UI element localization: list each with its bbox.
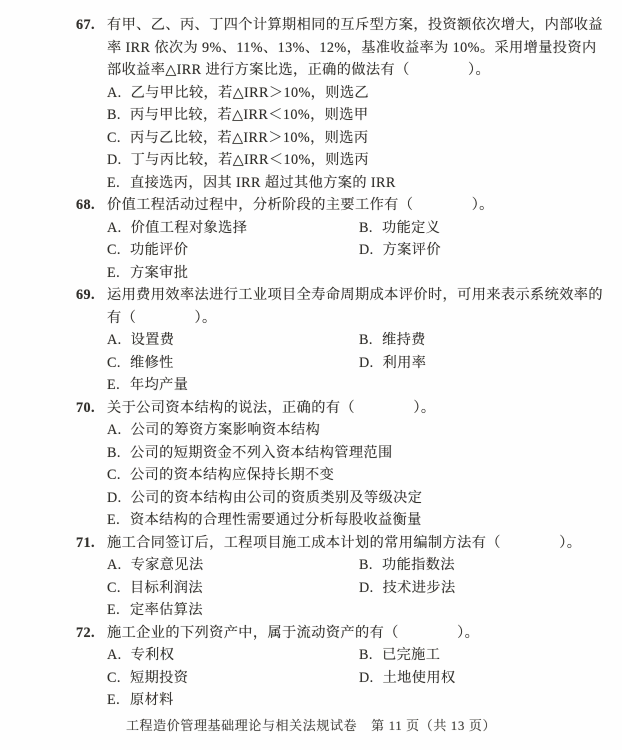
option-label: A. [107,329,122,352]
option-label: C. [107,352,121,375]
question-stem: 价值工程活动过程中，分析阶段的主要工作有（ ）。 [107,194,604,217]
answer-option: A.设置费 [107,329,359,352]
answer-option: D.土地使用权 [359,667,604,690]
option-label: D. [359,667,374,690]
option-list: A.设置费 B.维持费 C.维修性 D.利用率 E.年均产量 [107,329,604,397]
option-text: 功能评价 [130,242,188,258]
option-label: B. [359,554,373,577]
option-label: C. [107,464,121,487]
question-list: 67. 有甲、乙、丙、丁四个计算期相同的互斥型方案，投资额依次增大，内部收益率 … [76,14,604,712]
answer-option: C.功能评价 [107,239,359,262]
option-label: E. [107,509,121,532]
option-text: 丁与丙比较，若△IRR＜10%，则选丙 [131,152,369,168]
option-label: D. [359,577,374,600]
question-stem: 施工企业的下列资产中，属于流动资产的有（ ）。 [107,622,604,645]
option-text: 设置费 [131,332,175,348]
option-text: 公司的资本结构由公司的资质类别及等级决定 [131,490,423,506]
option-label: A. [107,554,122,577]
answer-option: D.公司的资本结构由公司的资质类别及等级决定 [107,487,604,510]
answer-option: B.已完施工 [359,644,604,667]
question: 68. 价值工程活动过程中，分析阶段的主要工作有（ ）。 A.价值工程对象选择 … [76,194,604,284]
answer-option: C.短期投资 [107,667,359,690]
question: 72. 施工企业的下列资产中，属于流动资产的有（ ）。 A.专利权 B.已完施工… [76,622,604,712]
option-label: D. [359,352,374,375]
question-stem-row: 72. 施工企业的下列资产中，属于流动资产的有（ ）。 [76,622,604,645]
option-text: 短期投资 [130,670,188,686]
option-list: A.专利权 B.已完施工 C.短期投资 D.土地使用权 E.原材料 [107,644,604,712]
answer-option: C.目标利润法 [107,577,359,600]
option-text: 直接选丙，因其 IRR 超过其他方案的 IRR [130,175,396,191]
option-text: 已完施工 [382,647,440,663]
option-list: A.专家意见法 B.功能指数法 C.目标利润法 D.技术进步法 E.定率估算法 [107,554,604,622]
question-number: 69. [76,284,107,307]
option-text: 资本结构的合理性需要通过分析每股收益衡量 [130,512,422,528]
option-label: E. [107,374,121,397]
option-text: 价值工程对象选择 [131,220,248,236]
answer-option: E.资本结构的合理性需要通过分析每股收益衡量 [107,509,604,532]
option-text: 公司的短期资金不列入资本结构管理范围 [130,445,393,461]
question-stem-row: 67. 有甲、乙、丙、丁四个计算期相同的互斥型方案，投资额依次增大，内部收益率 … [76,14,604,82]
page-footer: 工程造价管理基础理论与相关法规试卷第 11 页（共 13 页） [0,715,622,734]
option-text: 公司的资本结构应保持长期不变 [130,467,334,483]
answer-option: B.功能指数法 [359,554,604,577]
answer-option: C.公司的资本结构应保持长期不变 [107,464,604,487]
answer-option: D.方案评价 [359,239,604,262]
option-text: 原材料 [130,692,174,708]
question-stem-row: 71. 施工合同签订后，工程项目施工成本计划的常用编制方法有（ ）。 [76,532,604,555]
question-stem-row: 69. 运用费用效率法进行工业项目全寿命周期成本评价时，可用来表示系统效率的有（… [76,284,604,329]
option-label: B. [107,442,121,465]
question-stem: 运用费用效率法进行工业项目全寿命周期成本评价时，可用来表示系统效率的有（ ）。 [107,284,604,329]
option-label: D. [107,487,122,510]
option-text: 公司的筹资方案影响资本结构 [131,422,321,438]
option-label: A. [107,82,122,105]
answer-option: A.专家意见法 [107,554,359,577]
answer-option: B.丙与甲比较，若△IRR＜10%，则选甲 [107,104,604,127]
option-label: E. [107,599,121,622]
option-text: 目标利润法 [130,580,203,596]
option-label: B. [359,217,373,240]
question-stem: 关于公司资本结构的说法，正确的有（ ）。 [107,397,604,420]
option-text: 维修性 [130,355,174,371]
option-text: 年均产量 [130,377,188,393]
answer-option: A.乙与甲比较，若△IRR＞10%，则选乙 [107,82,604,105]
answer-option: C.维修性 [107,352,359,375]
option-text: 专家意见法 [131,557,204,573]
option-text: 功能指数法 [382,557,455,573]
option-text: 丙与乙比较，若△IRR＞10%，则选丙 [130,130,368,146]
option-label: A. [107,419,122,442]
question-number: 72. [76,622,107,645]
question-stem: 施工合同签订后，工程项目施工成本计划的常用编制方法有（ ）。 [107,532,604,555]
answer-option: E.原材料 [107,689,359,712]
option-label: C. [107,667,121,690]
question: 67. 有甲、乙、丙、丁四个计算期相同的互斥型方案，投资额依次增大，内部收益率 … [76,14,604,194]
question: 71. 施工合同签订后，工程项目施工成本计划的常用编制方法有（ ）。 A.专家意… [76,532,604,622]
question-stem-row: 68. 价值工程活动过程中，分析阶段的主要工作有（ ）。 [76,194,604,217]
option-text: 技术进步法 [383,580,456,596]
option-text: 方案审批 [130,265,188,281]
option-text: 功能定义 [382,220,440,236]
exam-scan-page: 67. 有甲、乙、丙、丁四个计算期相同的互斥型方案，投资额依次增大，内部收益率 … [0,0,622,750]
option-text: 维持费 [382,332,426,348]
option-text: 定率估算法 [130,602,203,618]
option-text: 乙与甲比较，若△IRR＞10%，则选乙 [131,85,369,101]
option-label: C. [107,577,121,600]
question-number: 68. [76,194,107,217]
question-stem: 有甲、乙、丙、丁四个计算期相同的互斥型方案，投资额依次增大，内部收益率 IRR … [107,14,604,82]
option-label: C. [107,239,121,262]
answer-option: A.价值工程对象选择 [107,217,359,240]
answer-option: A.专利权 [107,644,359,667]
answer-option: E.定率估算法 [107,599,359,622]
option-label: E. [107,689,121,712]
option-label: B. [359,644,373,667]
answer-option: B.公司的短期资金不列入资本结构管理范围 [107,442,604,465]
option-text: 土地使用权 [383,670,456,686]
option-label: C. [107,127,121,150]
answer-option: E.方案审批 [107,262,359,285]
question-stem-row: 70. 关于公司资本结构的说法，正确的有（ ）。 [76,397,604,420]
option-list: A.价值工程对象选择 B.功能定义 C.功能评价 D.方案评价 E.方案审批 [107,217,604,285]
answer-option: D.利用率 [359,352,604,375]
option-list: A.公司的筹资方案影响资本结构 B.公司的短期资金不列入资本结构管理范围 C.公… [107,419,604,532]
footer-exam-title: 工程造价管理基础理论与相关法规试卷 [126,718,357,733]
option-text: 利用率 [383,355,427,371]
question: 70. 关于公司资本结构的说法，正确的有（ ）。 A.公司的筹资方案影响资本结构… [76,397,604,532]
answer-option: A.公司的筹资方案影响资本结构 [107,419,604,442]
option-label: D. [359,239,374,262]
footer-page-info: 第 11 页（共 13 页） [371,718,496,733]
answer-option: B.维持费 [359,329,604,352]
option-text: 专利权 [131,647,175,663]
option-list: A.乙与甲比较，若△IRR＞10%，则选乙 B.丙与甲比较，若△IRR＜10%，… [107,82,604,195]
answer-option: B.功能定义 [359,217,604,240]
option-text: 方案评价 [383,242,441,258]
answer-option: D.技术进步法 [359,577,604,600]
question-number: 71. [76,532,107,555]
question: 69. 运用费用效率法进行工业项目全寿命周期成本评价时，可用来表示系统效率的有（… [76,284,604,397]
option-label: E. [107,262,121,285]
answer-option: E.直接选丙，因其 IRR 超过其他方案的 IRR [107,172,604,195]
answer-option: C.丙与乙比较，若△IRR＞10%，则选丙 [107,127,604,150]
answer-option: D.丁与丙比较，若△IRR＜10%，则选丙 [107,149,604,172]
answer-option: E.年均产量 [107,374,359,397]
option-label: B. [359,329,373,352]
option-label: D. [107,149,122,172]
question-number: 70. [76,397,107,420]
option-label: A. [107,644,122,667]
question-number: 67. [76,14,107,37]
option-text: 丙与甲比较，若△IRR＜10%，则选甲 [130,107,368,123]
option-label: E. [107,172,121,195]
option-label: B. [107,104,121,127]
option-label: A. [107,217,122,240]
